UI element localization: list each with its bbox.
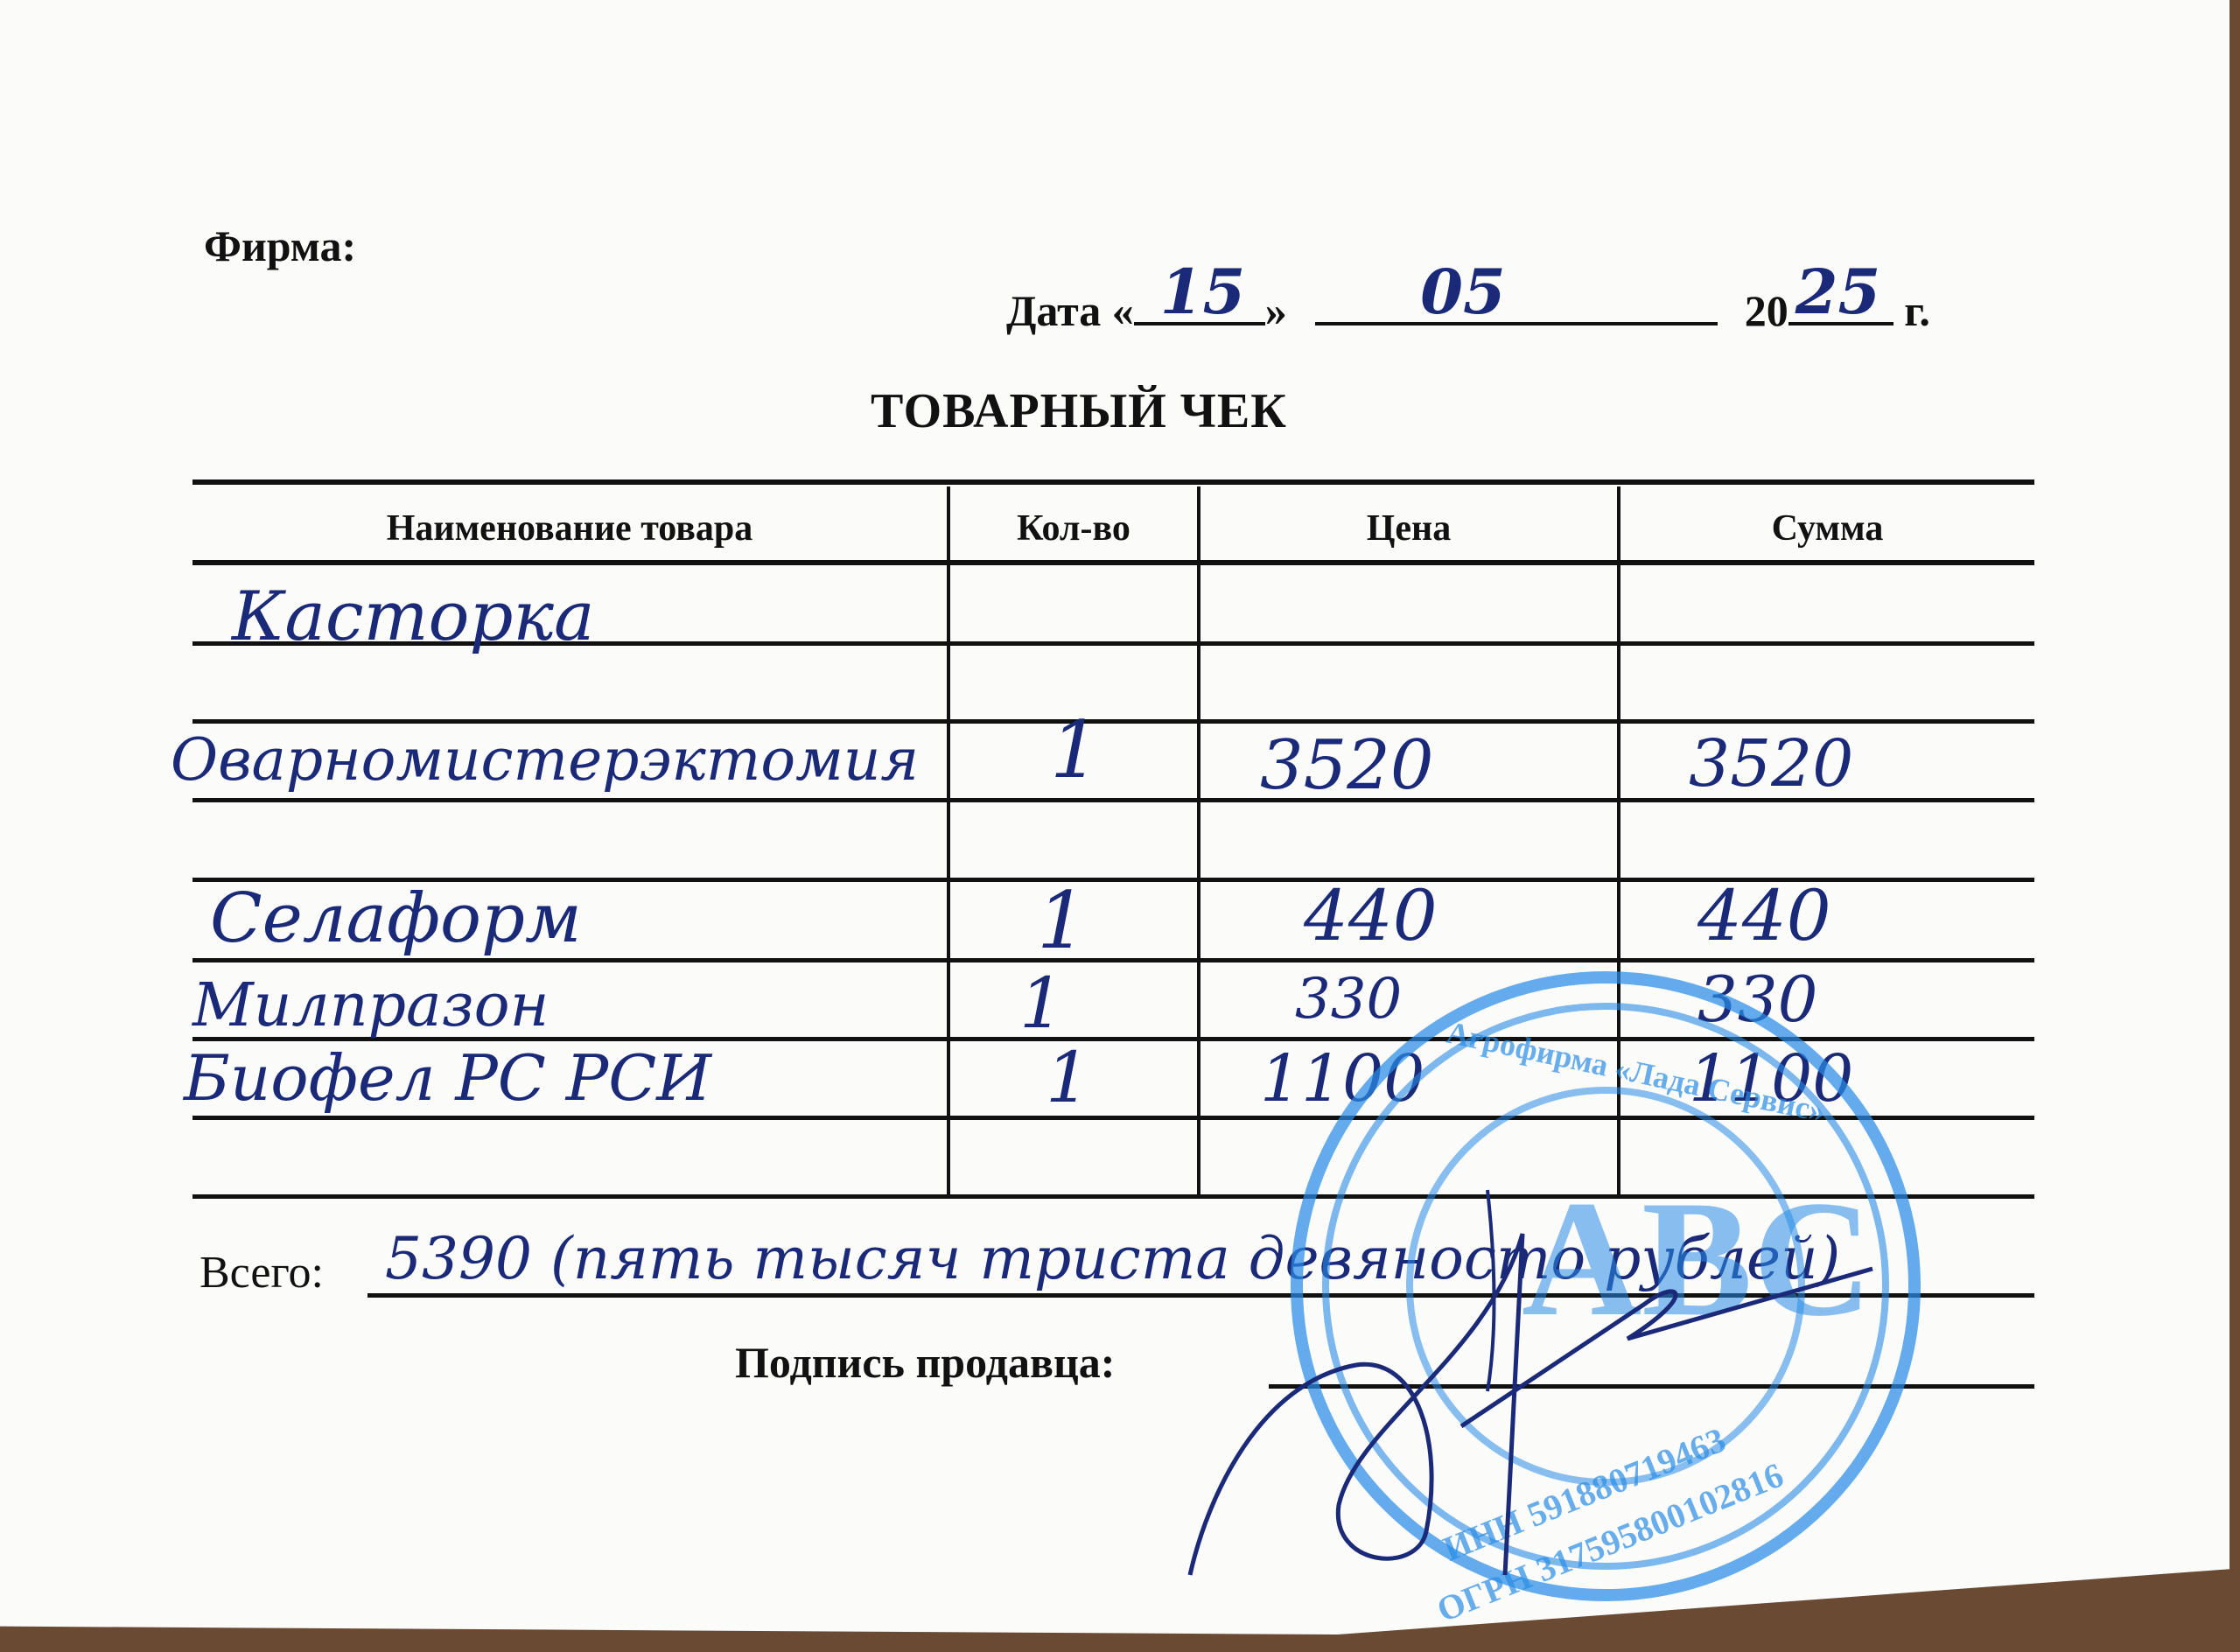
table-row-name: Биофел РС РСИ: [184, 1041, 711, 1115]
date-month-field: 05: [1315, 282, 1718, 325]
table-top-border: [192, 479, 2034, 485]
seller-signature: [1155, 1164, 1942, 1584]
seller-signature-label: Подпись продавца:: [735, 1337, 1115, 1388]
receipt-paper: Фирма: Дата «15» 05 2025 г. ТОВАРНЫЙ ЧЕК…: [0, 0, 2229, 1634]
column-divider: [947, 486, 950, 1197]
total-label: Всего:: [199, 1247, 324, 1298]
table-row-name: Селаформ: [210, 879, 582, 958]
date-row: Дата «15» 05 2025 г.: [1006, 282, 1930, 336]
table-row-qty: 1: [1037, 875, 1087, 967]
column-header-name: Наименование товара: [192, 507, 947, 549]
table-row-price: 3520: [1260, 726, 1434, 805]
date-close-quote: »: [1265, 286, 1287, 335]
column-divider: [1197, 486, 1200, 1197]
date-year-field: 25: [1788, 282, 1893, 325]
table-row-name: Милпразон: [192, 971, 549, 1040]
date-label: Дата «: [1006, 286, 1134, 335]
table-row-qty: 1: [1050, 704, 1100, 796]
date-year-prefix: 20: [1745, 286, 1788, 335]
firm-label: Фирма:: [204, 220, 356, 271]
document-title: ТОВАРНЫЙ ЧЕК: [871, 383, 1287, 439]
table-rule: [192, 719, 2034, 724]
table-row-sum: 3520: [1689, 726, 1853, 801]
table-header-border: [192, 560, 2034, 565]
date-day-value: 15: [1160, 255, 1245, 328]
table-row-price: 330: [1295, 967, 1402, 1032]
date-day-field: 15: [1134, 282, 1265, 325]
date-month-value: 05: [1420, 255, 1505, 328]
column-header-qty: Кол-во: [950, 507, 1197, 549]
column-header-price: Цена: [1200, 507, 1617, 549]
table-row-name: Касторка: [232, 577, 595, 656]
table-row-qty: 1: [1046, 1037, 1090, 1118]
column-header-sum: Сумма: [1620, 507, 2034, 549]
date-year-value: 25: [1795, 255, 1880, 328]
table-row-price: 440: [1304, 875, 1438, 956]
table-row-name: Оварномистерэктомия: [171, 726, 919, 794]
table-row-sum: 440: [1697, 875, 1831, 956]
table-row-qty: 1: [1019, 962, 1064, 1044]
date-year-unit: г.: [1904, 286, 1930, 335]
